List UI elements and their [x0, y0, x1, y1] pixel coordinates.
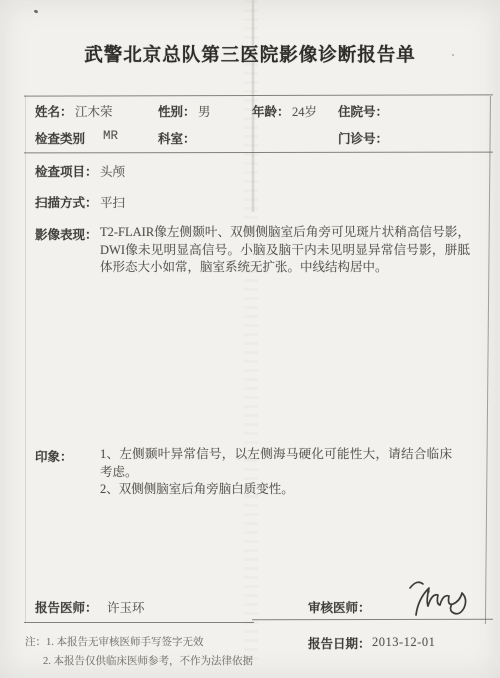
age-value: 24岁: [292, 102, 317, 120]
impression-item-1: 1、左侧颞叶异常信号，以左侧海马硬化可能性大，请结合临床考虑。: [100, 446, 452, 481]
name-value: 江木荣: [75, 102, 113, 120]
exam-type-label: 检查类别: [35, 129, 85, 147]
scan-mode-value: 平扫: [100, 193, 125, 211]
exam-item-label: 检查项目：: [35, 162, 98, 180]
report-date-label: 报告日期：: [308, 634, 371, 652]
gender-label: 性别：: [158, 102, 196, 120]
exam-item-value: 头颅: [100, 162, 125, 180]
table-bottom-rule-left: [24, 622, 254, 623]
reviewer-signature: [402, 575, 482, 627]
table-mid-rule: [24, 152, 493, 154]
impression-item-2: 2、双侧侧脑室后角旁脑白质变性。: [100, 481, 452, 499]
review-doctor-label: 审核医师：: [308, 598, 371, 616]
report-date-value: 2013-12-01: [372, 635, 435, 650]
scan-mode-label: 扫描方式：: [35, 193, 98, 211]
footer-note-2: 2. 本报告仅供临床医师参考，不作为法律依据: [43, 653, 253, 668]
table-left-border: [25, 95, 26, 623]
scan-fold-artifact: [244, 0, 258, 662]
report-doctor-label: 报告医师：: [35, 598, 98, 616]
report-title: 武警北京总队第三医院影像诊断报告单: [0, 41, 500, 67]
gender-value: 男: [198, 102, 211, 120]
findings-label: 影像表现：: [35, 225, 98, 243]
impression-label: 印象：: [35, 447, 73, 465]
table-right-border: [485, 96, 491, 624]
table-top-rule: [24, 94, 493, 97]
scanned-report-page: 武警北京总队第三医院影像诊断报告单 姓名： 江木荣 性别： 男 年龄： 24岁 …: [0, 0, 500, 678]
inpatient-no-label: 住院号：: [338, 102, 388, 120]
age-label: 年龄：: [252, 102, 290, 120]
footer-note-1: 注：1. 本报告无审核医师手写签字无效: [25, 634, 204, 649]
findings-text: T2-FLAIR像左侧颞叶、双侧侧脑室后角旁可见斑片状稍高信号影，DWI像未见明…: [100, 224, 470, 277]
report-doctor-name: 许玉环: [107, 598, 145, 616]
outpatient-no-label: 门诊号：: [338, 129, 388, 147]
exam-type-value: MR: [103, 129, 118, 143]
department-label: 科室：: [158, 129, 196, 147]
scan-speck: [34, 9, 39, 13]
name-label: 姓名：: [35, 102, 73, 120]
